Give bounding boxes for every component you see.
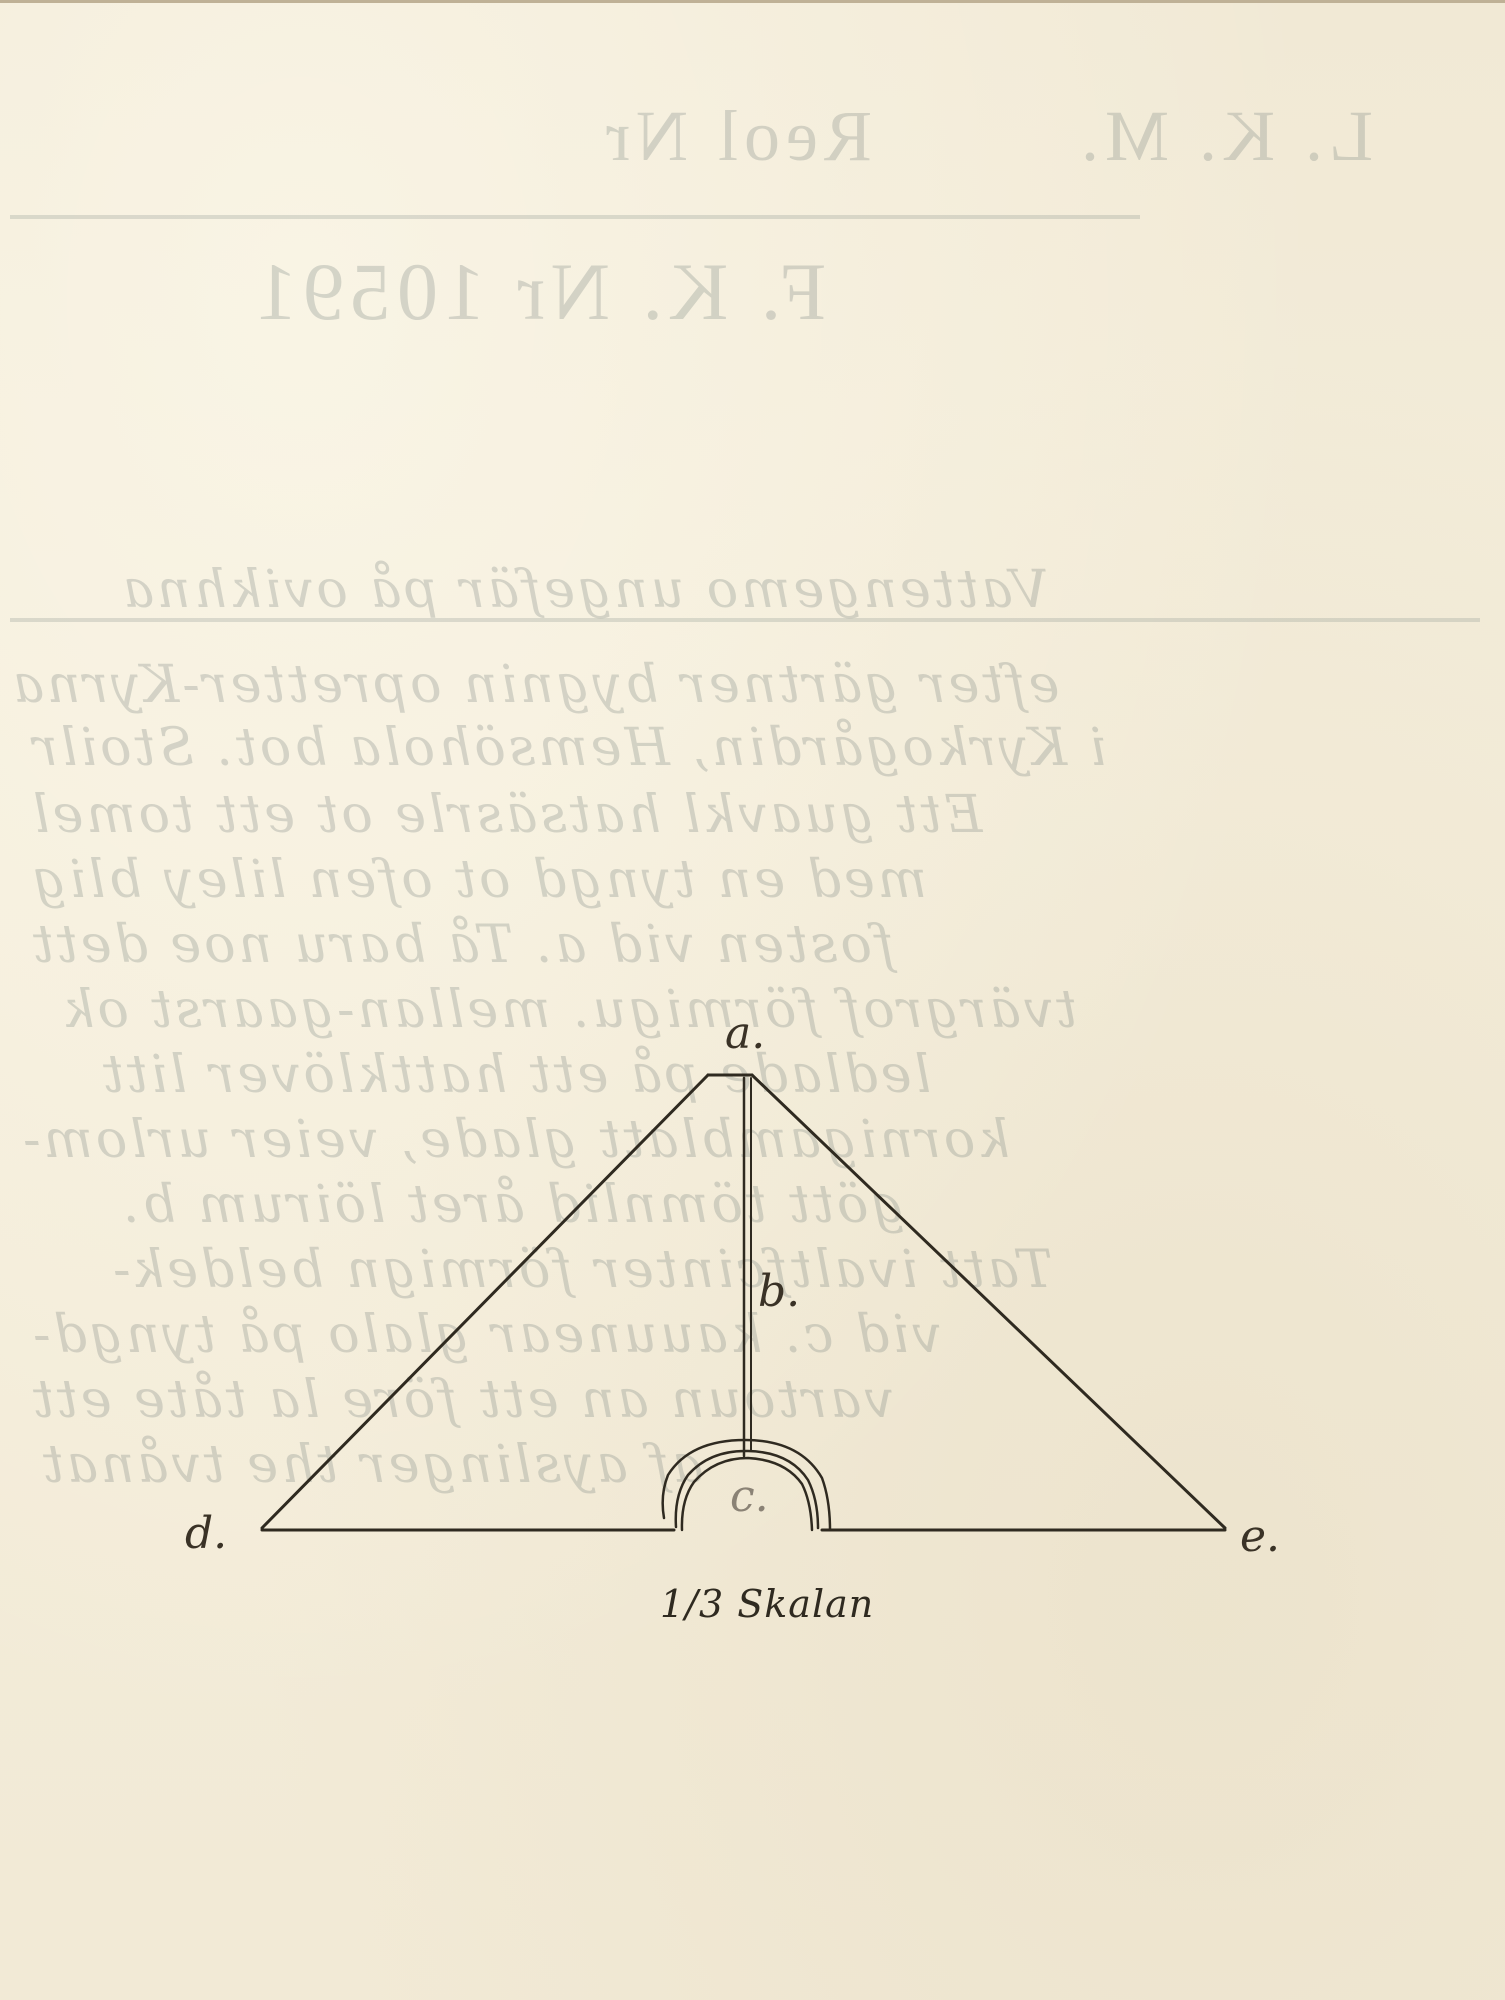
right-slope-line	[752, 1075, 1225, 1528]
scale-caption: 1/3 Skalan	[660, 1582, 874, 1626]
label-a: a.	[725, 1012, 765, 1056]
label-e: e.	[1240, 1515, 1280, 1559]
label-d: d.	[185, 1512, 227, 1556]
label-c: c.	[730, 1475, 769, 1519]
ink-diagram	[0, 0, 1505, 2000]
label-b: b.	[758, 1270, 800, 1314]
left-slope-line	[262, 1075, 708, 1528]
document-page: L. K. M. Reol Nr F. K. Nr 10591 Vattenge…	[0, 0, 1505, 2000]
